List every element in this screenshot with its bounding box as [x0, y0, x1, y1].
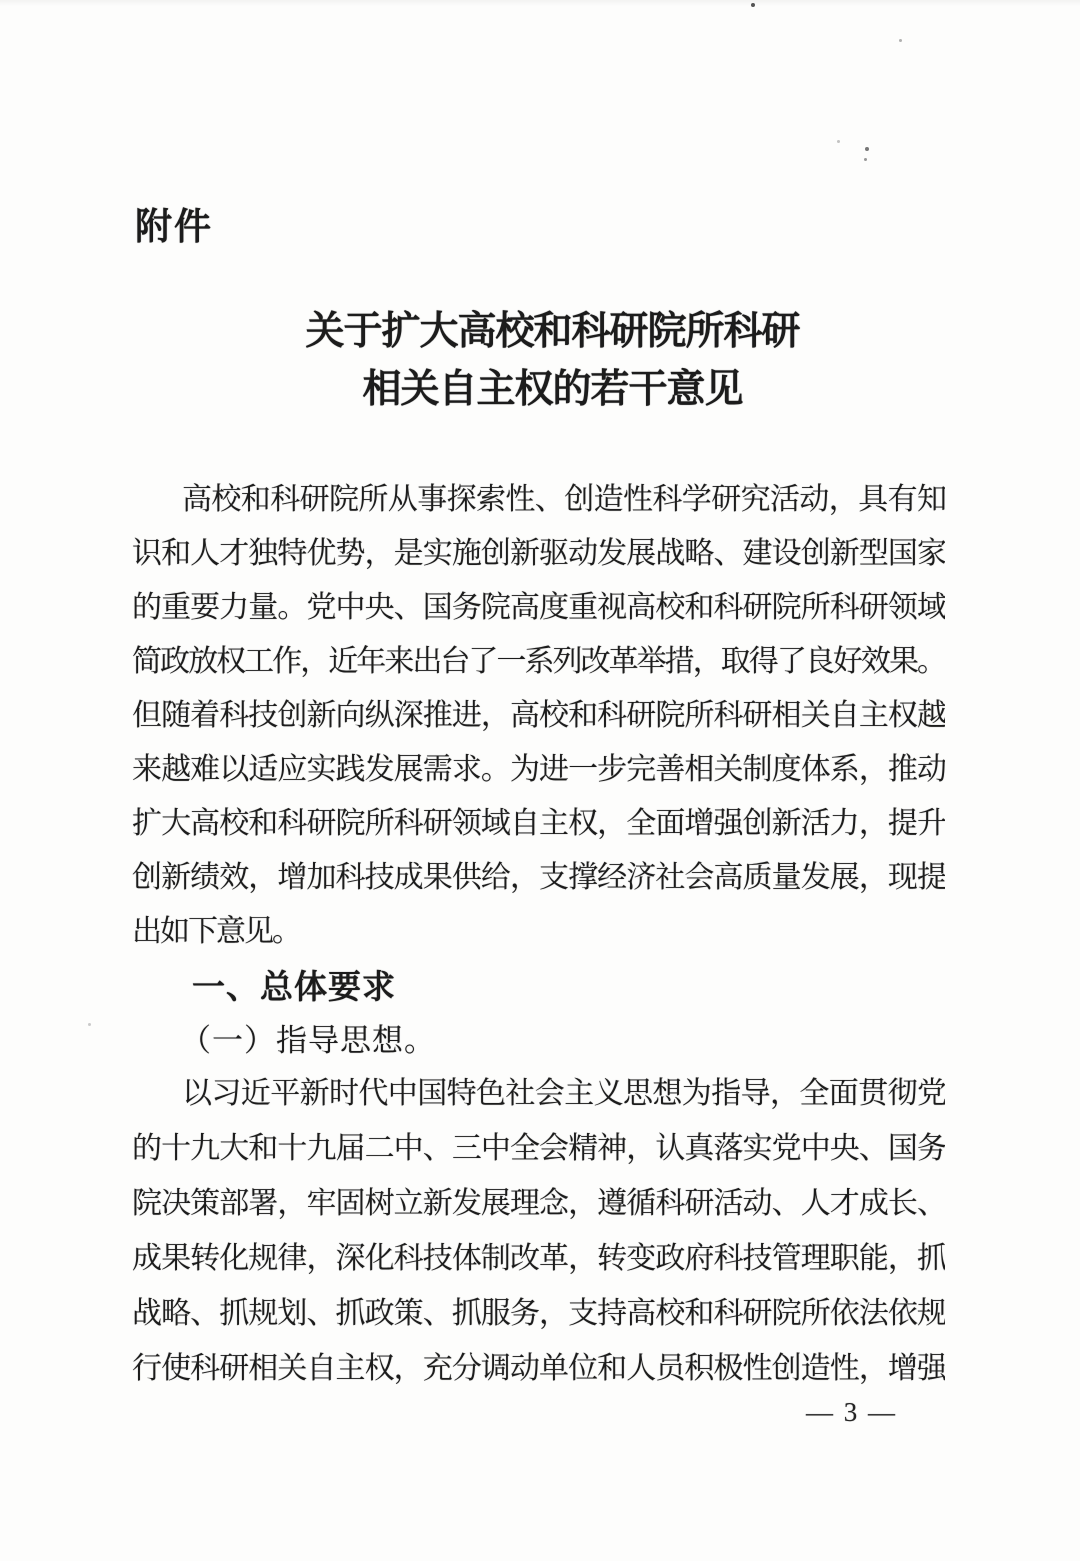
body-line: 简政放权工作，近年来出台了一系列改革举措，取得了良好效果。	[132, 635, 945, 689]
scan-speck	[865, 147, 869, 151]
body-line: 高校和科研院所从事探索性、创造性科学研究活动，具有知	[132, 473, 945, 527]
scan-speck	[864, 158, 867, 161]
scan-speck	[751, 3, 755, 7]
paragraph-guiding-ideology: 以习近平新时代中国特色社会主义思想为指导，全面贯彻党 的十九大和十九届二中、三中…	[132, 1066, 945, 1396]
body-line: 识和人才独特优势，是实施创新驱动发展战略、建设创新型国家	[132, 527, 945, 581]
body-line: 战略、抓规划、抓政策、抓服务，支持高校和科研院所依法依规	[132, 1286, 945, 1341]
subsection-heading-guiding-ideology: （一）指导思想。	[132, 1015, 945, 1067]
body-line: 出如下意见。	[132, 905, 945, 959]
body-line: 以习近平新时代中国特色社会主义思想为指导，全面贯彻党	[132, 1066, 945, 1121]
scan-speck	[899, 39, 902, 42]
scan-speck	[88, 1023, 91, 1026]
attachment-label: 附件	[135, 203, 213, 251]
page-number: — 3 —	[806, 1394, 897, 1430]
body-line: 来越难以适应实践发展需求。为进一步完善相关制度体系，推动	[132, 743, 945, 797]
body-line: 但随着科技创新向纵深推进，高校和科研院所科研相关自主权越	[132, 689, 945, 743]
scan-speck	[837, 140, 840, 143]
document-title-line-2: 相关自主权的若干意见	[146, 361, 959, 419]
body-line: 行使科研相关自主权，充分调动单位和人员积极性创造性，增强	[132, 1341, 945, 1396]
body-line: 成果转化规律，深化科技体制改革，转变政府科技管理职能，抓	[132, 1231, 945, 1286]
scanned-document-page: 附件 关于扩大高校和科研院所科研 相关自主权的若干意见 高校和科研院所从事探索性…	[0, 0, 1080, 1561]
section-heading-overall-requirements: 一、总体要求	[132, 961, 945, 1013]
document-title-line-1: 关于扩大高校和科研院所科研	[146, 303, 959, 361]
document-title: 关于扩大高校和科研院所科研 相关自主权的若干意见	[146, 303, 959, 419]
body-line: 的重要力量。党中央、国务院高度重视高校和科研院所科研领域	[132, 581, 945, 635]
body-line: 扩大高校和科研院所科研领域自主权，全面增强创新活力，提升	[132, 797, 945, 851]
body-line: 创新绩效，增加科技成果供给，支撑经济社会高质量发展，现提	[132, 851, 945, 905]
body-line: 的十九大和十九届二中、三中全会精神，认真落实党中央、国务	[132, 1121, 945, 1176]
paragraph-intro: 高校和科研院所从事探索性、创造性科学研究活动，具有知 识和人才独特优势，是实施创…	[132, 473, 945, 959]
body-line: 院决策部署，牢固树立新发展理念，遵循科研活动、人才成长、	[132, 1176, 945, 1231]
